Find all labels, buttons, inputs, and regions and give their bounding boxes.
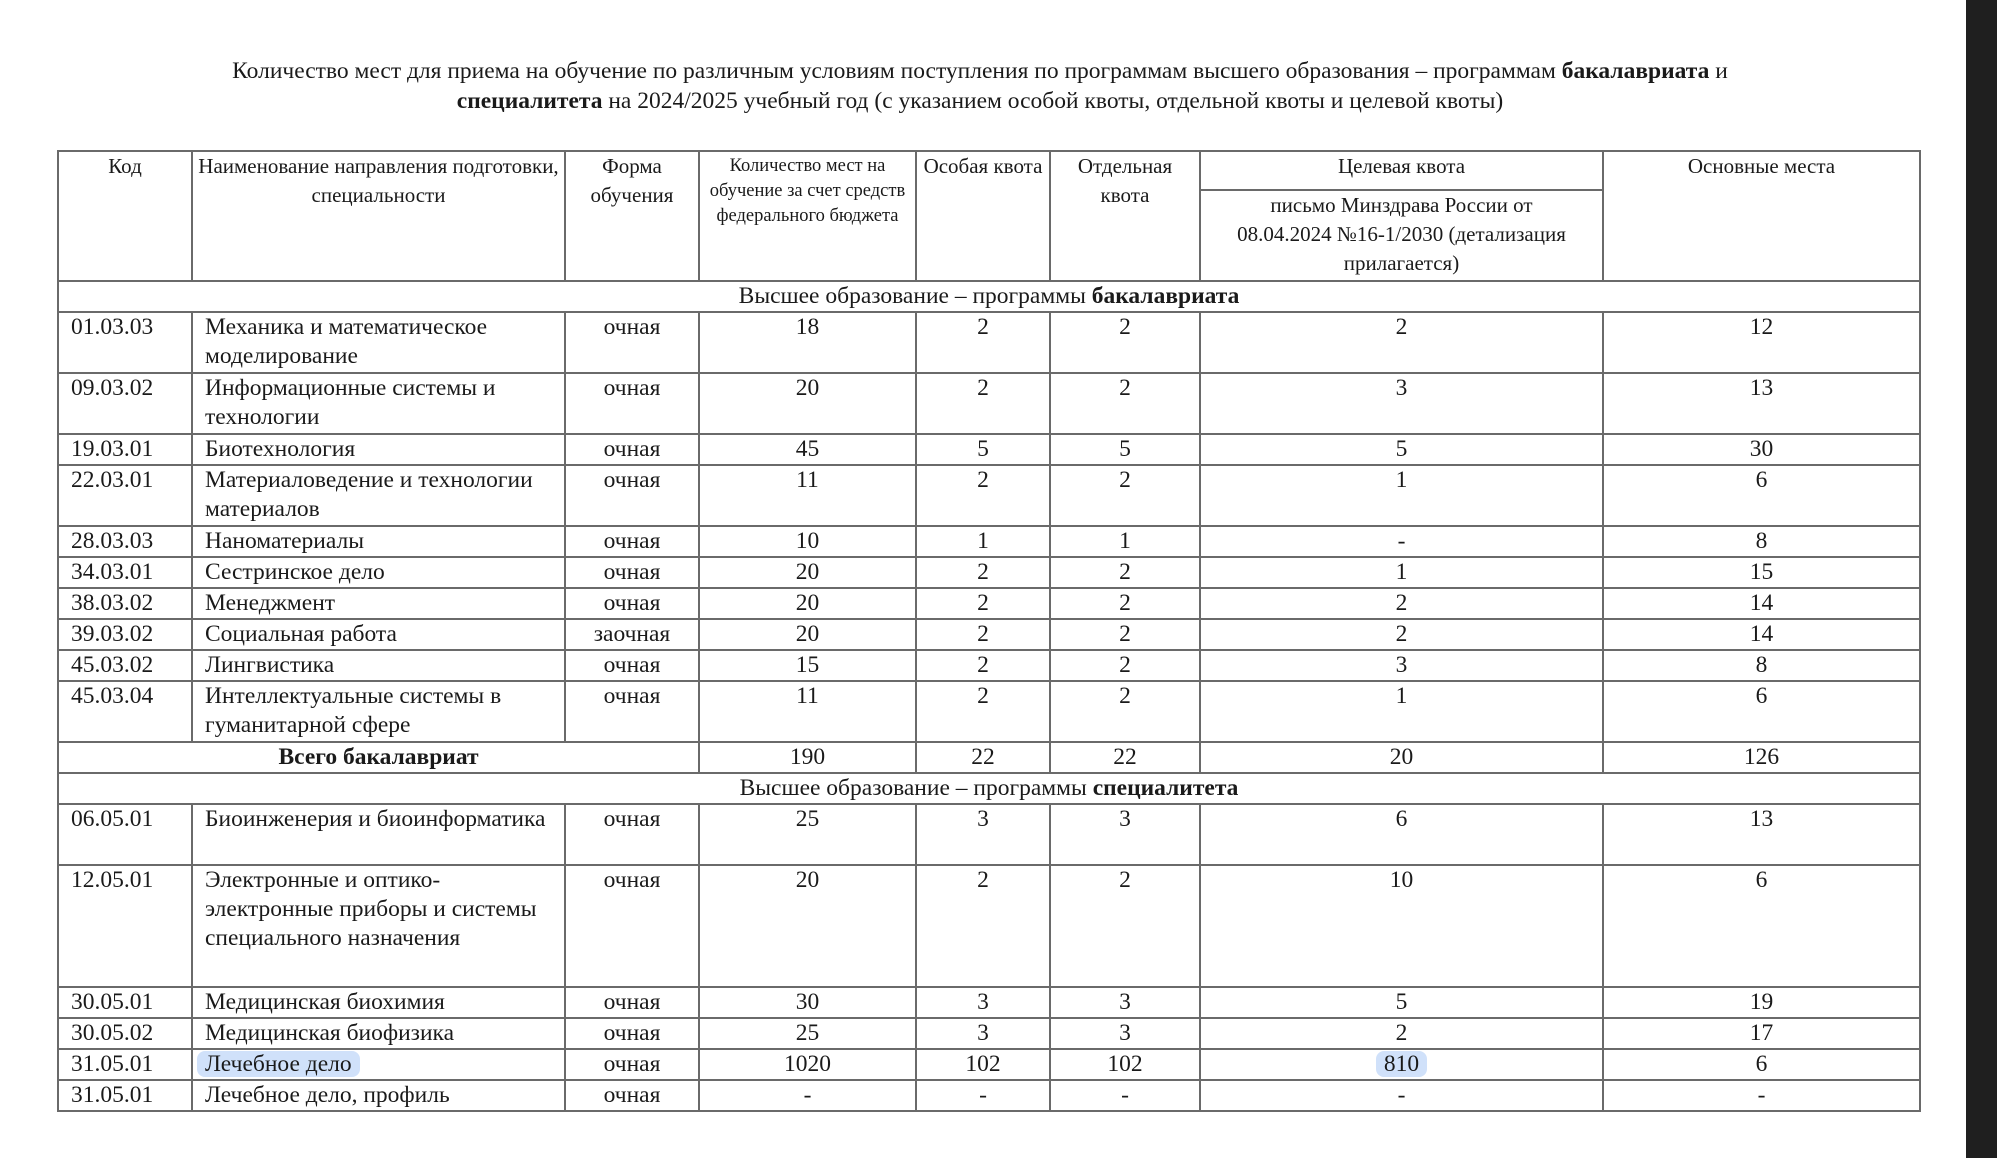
- cell-name-text: Информационные системы и технологии: [205, 375, 495, 430]
- cell-budget-text: 11: [796, 467, 819, 493]
- cell-code: 31.05.01: [58, 1080, 192, 1111]
- cell-main-places: 6: [1603, 465, 1920, 526]
- cell-budget: 20: [699, 557, 916, 588]
- cell-code: 28.03.03: [58, 526, 192, 557]
- cell-special-quota: 2: [916, 373, 1050, 434]
- cell-form: очная: [565, 865, 699, 987]
- cell-budget-text: 45: [796, 436, 820, 462]
- cell-separate-quota: 2: [1050, 588, 1200, 619]
- cell-form-text: очная: [604, 1082, 661, 1108]
- cell-main-places-text: 19: [1750, 989, 1774, 1015]
- cell-form-text: заочная: [594, 621, 671, 647]
- cell-special-quota-text: 2: [977, 867, 989, 893]
- cell-special-quota: 3: [916, 1018, 1050, 1049]
- cell-target-quota: 3: [1200, 650, 1603, 681]
- cell-separate-quota: 2: [1050, 865, 1200, 987]
- cell-target-quota-text: -: [1398, 528, 1406, 554]
- cell-target-quota-text: 1: [1396, 467, 1408, 493]
- cell-form-text: очная: [604, 806, 661, 832]
- total-label: Всего бакалавриат: [58, 742, 699, 773]
- cell-form-text: очная: [604, 590, 661, 616]
- cell-target-quota-text: 5: [1396, 989, 1408, 1015]
- cell-target-quota: -: [1200, 526, 1603, 557]
- cell-special-quota: 1: [916, 526, 1050, 557]
- cell-main-places-text: 6: [1756, 1051, 1768, 1077]
- cell-special-quota-text: 2: [977, 621, 989, 647]
- cell-name-text: Интеллектуальные системы в гуманитарной …: [205, 683, 501, 738]
- cell-budget: 20: [699, 619, 916, 650]
- cell-budget-text: 20: [796, 621, 820, 647]
- cell-separate-quota-text: 2: [1119, 314, 1131, 340]
- cell-code: 34.03.01: [58, 557, 192, 588]
- cell-special-quota-text: 2: [977, 314, 989, 340]
- cell-budget-text: 11: [796, 683, 819, 709]
- cell-target-quota-text: 6: [1396, 806, 1408, 832]
- total-value: 190: [790, 744, 825, 770]
- cell-form-text: очная: [604, 683, 661, 709]
- cell-main-places: 8: [1603, 526, 1920, 557]
- cell-budget: 15: [699, 650, 916, 681]
- cell-name: Наноматериалы: [192, 526, 565, 557]
- header-target-quota: Целевая квота: [1200, 151, 1603, 190]
- cell-code: 45.03.02: [58, 650, 192, 681]
- title-text: Количество мест для приема на обучение п…: [232, 58, 1562, 84]
- cell-separate-quota-text: 2: [1119, 590, 1131, 616]
- cell-target-quota-text: 5: [1396, 436, 1408, 462]
- cell-special-quota: 5: [916, 434, 1050, 465]
- cell-form: очная: [565, 804, 699, 865]
- header-special-quota: Особая квота: [916, 151, 1050, 281]
- cell-name: Менеджмент: [192, 588, 565, 619]
- cell-code: 19.03.01: [58, 434, 192, 465]
- cell-code-text: 30.05.02: [71, 1020, 153, 1046]
- cell-separate-quota-text: 3: [1119, 989, 1131, 1015]
- cell-code-text: 45.03.02: [71, 652, 153, 678]
- total-label-text: Всего бакалавриат: [278, 744, 478, 770]
- cell-main-places-text: 30: [1750, 436, 1774, 462]
- cell-form: заочная: [565, 619, 699, 650]
- table-row: 34.03.01Сестринское делоочная2022115: [58, 557, 1920, 588]
- table-row: 38.03.02Менеджменточная2022214: [58, 588, 1920, 619]
- cell-special-quota: -: [916, 1080, 1050, 1111]
- cell-form: очная: [565, 987, 699, 1018]
- cell-special-quota-text: 3: [977, 989, 989, 1015]
- cell-form: очная: [565, 588, 699, 619]
- cell-budget-text: 20: [796, 590, 820, 616]
- cell-main-places-text: 13: [1750, 806, 1774, 832]
- header-separate-quota: Отдельная квота: [1050, 151, 1200, 281]
- cell-code-text: 28.03.03: [71, 528, 153, 554]
- cell-separate-quota-text: 2: [1119, 683, 1131, 709]
- header-row: Код Наименование направления подготовки,…: [58, 151, 1920, 190]
- cell-main-places: -: [1603, 1080, 1920, 1111]
- title-text: на 2024/2025 учебный год (с указанием ос…: [602, 88, 1503, 114]
- cell-code: 30.05.02: [58, 1018, 192, 1049]
- cell-main-places: 12: [1603, 312, 1920, 373]
- cell-separate-quota: 3: [1050, 1018, 1200, 1049]
- cell-target-quota: 5: [1200, 987, 1603, 1018]
- total-row: Всего бакалавриат190222220126: [58, 742, 1920, 773]
- cell-target-quota: 5: [1200, 434, 1603, 465]
- cell-main-places: 14: [1603, 619, 1920, 650]
- window-edge: [1966, 0, 1997, 1158]
- cell-budget: 30: [699, 987, 916, 1018]
- cell-main-places-text: 15: [1750, 559, 1774, 585]
- cell-special-quota: 3: [916, 804, 1050, 865]
- cell-code: 45.03.04: [58, 681, 192, 742]
- cell-special-quota-text: 2: [977, 652, 989, 678]
- cell-form-text: очная: [604, 467, 661, 493]
- cell-form: очная: [565, 557, 699, 588]
- cell-main-places: 6: [1603, 1049, 1920, 1080]
- cell-separate-quota-text: 2: [1119, 867, 1131, 893]
- cell-special-quota-text: 2: [977, 590, 989, 616]
- section-label-text: Высшее образование – программы: [740, 775, 1093, 801]
- title-text: и: [1709, 58, 1727, 84]
- cell-separate-quota-text: 1: [1119, 528, 1131, 554]
- cell-name: Медицинская биохимия: [192, 987, 565, 1018]
- table-row: 19.03.01Биотехнологияочная4555530: [58, 434, 1920, 465]
- cell-form: очная: [565, 373, 699, 434]
- cell-special-quota-text: -: [979, 1082, 987, 1108]
- cell-budget-text: 25: [796, 1020, 820, 1046]
- cell-form: очная: [565, 434, 699, 465]
- cell-code-text: 30.05.01: [71, 989, 153, 1015]
- cell-target-quota: 1: [1200, 681, 1603, 742]
- cell-target-quota-text: 1: [1396, 559, 1408, 585]
- cell-code-text: 38.03.02: [71, 590, 153, 616]
- cell-code-text: 09.03.02: [71, 375, 153, 401]
- cell-budget: 18: [699, 312, 916, 373]
- cell-form-text: очная: [604, 436, 661, 462]
- cell-name: Социальная работа: [192, 619, 565, 650]
- cell-target-quota: 2: [1200, 588, 1603, 619]
- cell-form-text: очная: [604, 314, 661, 340]
- cell-target-quota-text: 2: [1396, 621, 1408, 647]
- cell-name: Электронные и оптико-электронные приборы…: [192, 865, 565, 987]
- cell-name: Медицинская биофизика: [192, 1018, 565, 1049]
- cell-code-text: 31.05.01: [71, 1051, 153, 1077]
- cell-target-quota-text: -: [1398, 1082, 1406, 1108]
- cell-target-quota: 2: [1200, 312, 1603, 373]
- cell-main-places: 13: [1603, 373, 1920, 434]
- cell-special-quota-text: 1: [977, 528, 989, 554]
- cell-code: 01.03.03: [58, 312, 192, 373]
- cell-code: 22.03.01: [58, 465, 192, 526]
- header-name: Наименование направления подготовки, спе…: [192, 151, 565, 281]
- cell-separate-quota: 3: [1050, 987, 1200, 1018]
- cell-budget: 20: [699, 373, 916, 434]
- cell-main-places-text: 13: [1750, 375, 1774, 401]
- cell-code-text: 31.05.01: [71, 1082, 153, 1108]
- cell-target-quota-text: 1: [1396, 683, 1408, 709]
- cell-separate-quota: 2: [1050, 312, 1200, 373]
- cell-special-quota: 2: [916, 650, 1050, 681]
- cell-separate-quota-text: 2: [1119, 467, 1131, 493]
- cell-form: очная: [565, 526, 699, 557]
- cell-name-text: Медицинская биохимия: [205, 989, 445, 1015]
- table-row: 06.05.01Биоинженерия и биоинформатикаочн…: [58, 804, 1920, 865]
- cell-name: Сестринское дело: [192, 557, 565, 588]
- table-row: 31.05.01Лечебное делоочная10201021028106: [58, 1049, 1920, 1080]
- cell-name-text: Медицинская биофизика: [205, 1020, 454, 1046]
- cell-form: очная: [565, 1049, 699, 1080]
- cell-form-text: очная: [604, 559, 661, 585]
- document-title: Количество мест для приема на обучение п…: [100, 56, 1860, 116]
- cell-target-quota: 1: [1200, 557, 1603, 588]
- cell-main-places-text: 8: [1756, 652, 1768, 678]
- cell-form: очная: [565, 312, 699, 373]
- cell-form-text: очная: [604, 989, 661, 1015]
- cell-name-text: Менеджмент: [205, 590, 335, 616]
- cell-name-text: Материаловедение и технологии материалов: [205, 467, 533, 522]
- cell-budget-text: 15: [796, 652, 820, 678]
- cell-special-quota-text: 3: [977, 1020, 989, 1046]
- cell-separate-quota-text: 2: [1119, 621, 1131, 647]
- cell-separate-quota: -: [1050, 1080, 1200, 1111]
- cell-target-quota: 2: [1200, 619, 1603, 650]
- cell-target-quota: 2: [1200, 1018, 1603, 1049]
- cell-main-places: 13: [1603, 804, 1920, 865]
- cell-main-places-text: 8: [1756, 528, 1768, 554]
- cell-special-quota-text: 2: [977, 559, 989, 585]
- cell-special-quota: 2: [916, 312, 1050, 373]
- cell-code-text: 34.03.01: [71, 559, 153, 585]
- title-bold-bachelor: бакалавриата: [1562, 58, 1710, 84]
- cell-code: 12.05.01: [58, 865, 192, 987]
- table-row: 31.05.01Лечебное дело, профильочная-----: [58, 1080, 1920, 1111]
- cell-form: очная: [565, 1018, 699, 1049]
- cell-name: Лечебное дело, профиль: [192, 1080, 565, 1111]
- cell-special-quota-text: 2: [977, 683, 989, 709]
- cell-form: очная: [565, 681, 699, 742]
- header-main-places: Основные места: [1603, 151, 1920, 281]
- cell-budget-text: 20: [796, 375, 820, 401]
- cell-form: очная: [565, 1080, 699, 1111]
- cell-code-text: 22.03.01: [71, 467, 153, 493]
- total-value: 22: [1113, 744, 1137, 770]
- cell-main-places: 8: [1603, 650, 1920, 681]
- table-row: 45.03.04Интеллектуальные системы в гуман…: [58, 681, 1920, 742]
- cell-special-quota-text: 2: [977, 375, 989, 401]
- cell-name: Лечебное дело: [192, 1049, 565, 1080]
- cell-form-text: очная: [604, 375, 661, 401]
- total-main: 126: [1603, 742, 1920, 773]
- cell-code: 30.05.01: [58, 987, 192, 1018]
- cell-budget: 10: [699, 526, 916, 557]
- cell-target-quota-text: 10: [1390, 867, 1414, 893]
- cell-budget: 11: [699, 681, 916, 742]
- cell-budget-text: -: [804, 1082, 812, 1108]
- table-row: 01.03.03Механика и математическое модели…: [58, 312, 1920, 373]
- cell-name: Интеллектуальные системы в гуманитарной …: [192, 681, 565, 742]
- cell-code-text: 39.03.02: [71, 621, 153, 647]
- cell-code-text: 19.03.01: [71, 436, 153, 462]
- table-row: 39.03.02Социальная работазаочная2022214: [58, 619, 1920, 650]
- cell-special-quota-text: 2: [977, 467, 989, 493]
- cell-target-quota: -: [1200, 1080, 1603, 1111]
- cell-code-text: 06.05.01: [71, 806, 153, 832]
- cell-main-places: 15: [1603, 557, 1920, 588]
- section-label-bold: специалитета: [1093, 775, 1239, 801]
- section-label-bold: бакалавриата: [1092, 283, 1240, 309]
- cell-target-quota: 1: [1200, 465, 1603, 526]
- cell-separate-quota: 1: [1050, 526, 1200, 557]
- cell-name: Биотехнология: [192, 434, 565, 465]
- cell-separate-quota-text: 102: [1107, 1051, 1142, 1077]
- cell-budget: 45: [699, 434, 916, 465]
- cell-budget: 25: [699, 1018, 916, 1049]
- cell-name: Материаловедение и технологии материалов: [192, 465, 565, 526]
- cell-budget-text: 10: [796, 528, 820, 554]
- cell-special-quota: 3: [916, 987, 1050, 1018]
- cell-main-places-text: -: [1758, 1082, 1766, 1108]
- cell-code: 06.05.01: [58, 804, 192, 865]
- cell-target-quota-text: 2: [1396, 590, 1408, 616]
- cell-special-quota: 2: [916, 619, 1050, 650]
- table-row: 22.03.01Материаловедение и технологии ма…: [58, 465, 1920, 526]
- section-label-text: Высшее образование – программы: [739, 283, 1092, 309]
- cell-code: 39.03.02: [58, 619, 192, 650]
- cell-main-places-text: 14: [1750, 590, 1774, 616]
- cell-target-quota: 6: [1200, 804, 1603, 865]
- cell-main-places-text: 6: [1756, 467, 1768, 493]
- cell-separate-quota-text: 2: [1119, 559, 1131, 585]
- cell-budget: 20: [699, 865, 916, 987]
- cell-special-quota: 102: [916, 1049, 1050, 1080]
- cell-main-places-text: 6: [1756, 867, 1768, 893]
- cell-budget-text: 20: [796, 867, 820, 893]
- total-special: 22: [916, 742, 1050, 773]
- table-row: 09.03.02Информационные системы и техноло…: [58, 373, 1920, 434]
- cell-budget: 1020: [699, 1049, 916, 1080]
- cell-code-text: 45.03.04: [71, 683, 153, 709]
- cell-separate-quota: 2: [1050, 465, 1200, 526]
- cell-name: Механика и математическое моделирование: [192, 312, 565, 373]
- cell-code: 38.03.02: [58, 588, 192, 619]
- cell-separate-quota-text: 2: [1119, 375, 1131, 401]
- cell-name: Биоинженерия и биоинформатика: [192, 804, 565, 865]
- table-row: 30.05.01Медицинская биохимияочная3033519: [58, 987, 1920, 1018]
- cell-name: Информационные системы и технологии: [192, 373, 565, 434]
- cell-name-text: Лингвистика: [205, 652, 334, 678]
- cell-target-quota-text: 2: [1396, 1020, 1408, 1046]
- cell-separate-quota: 5: [1050, 434, 1200, 465]
- cell-main-places-text: 12: [1750, 314, 1774, 340]
- total-target: 20: [1200, 742, 1603, 773]
- cell-separate-quota: 2: [1050, 373, 1200, 434]
- cell-separate-quota: 2: [1050, 681, 1200, 742]
- cell-main-places-text: 14: [1750, 621, 1774, 647]
- cell-separate-quota-text: 5: [1119, 436, 1131, 462]
- cell-target-quota: 10: [1200, 865, 1603, 987]
- cell-form-text: очная: [604, 1051, 661, 1077]
- header-budget: Количество мест на обучение за счет сред…: [699, 151, 916, 281]
- cell-separate-quota: 3: [1050, 804, 1200, 865]
- cell-form: очная: [565, 650, 699, 681]
- cell-main-places: 14: [1603, 588, 1920, 619]
- header-form: Форма обучения: [565, 151, 699, 281]
- cell-budget-text: 25: [796, 806, 820, 832]
- cell-code: 31.05.01: [58, 1049, 192, 1080]
- cell-budget: -: [699, 1080, 916, 1111]
- table-row: 45.03.02Лингвистикаочная152238: [58, 650, 1920, 681]
- cell-main-places-text: 6: [1756, 683, 1768, 709]
- total-budget: 190: [699, 742, 916, 773]
- cell-code-text: 01.03.03: [71, 314, 153, 340]
- total-separate: 22: [1050, 742, 1200, 773]
- cell-main-places-text: 17: [1750, 1020, 1774, 1046]
- title-bold-specialist: специалитета: [457, 88, 603, 114]
- cell-name: Лингвистика: [192, 650, 565, 681]
- cell-special-quota-text: 5: [977, 436, 989, 462]
- cell-target-quota-text: 3: [1396, 375, 1408, 401]
- cell-main-places: 6: [1603, 681, 1920, 742]
- cell-form: очная: [565, 465, 699, 526]
- cell-separate-quota: 2: [1050, 557, 1200, 588]
- cell-form-text: очная: [604, 867, 661, 893]
- cell-separate-quota-text: 3: [1119, 1020, 1131, 1046]
- cell-separate-quota-text: 3: [1119, 806, 1131, 832]
- cell-special-quota: 2: [916, 681, 1050, 742]
- cell-separate-quota: 2: [1050, 650, 1200, 681]
- admission-quota-table: Код Наименование направления подготовки,…: [57, 150, 1921, 1112]
- cell-name-text: Биотехнология: [205, 436, 355, 462]
- cell-name-text: Наноматериалы: [205, 528, 364, 554]
- cell-budget: 25: [699, 804, 916, 865]
- cell-budget: 20: [699, 588, 916, 619]
- section-header-row: Высшее образование – программы бакалаври…: [58, 281, 1920, 312]
- cell-special-quota-text: 102: [965, 1051, 1000, 1077]
- header-target-quota-source: письмо Минздрава России от 08.04.2024 №1…: [1200, 190, 1603, 281]
- total-value: 20: [1390, 744, 1414, 770]
- cell-main-places: 19: [1603, 987, 1920, 1018]
- cell-separate-quota-text: -: [1121, 1082, 1129, 1108]
- cell-name-text: Электронные и оптико-электронные приборы…: [205, 867, 537, 951]
- header-code: Код: [58, 151, 192, 281]
- cell-main-places: 6: [1603, 865, 1920, 987]
- section-header-row: Высшее образование – программы специалит…: [58, 773, 1920, 804]
- cell-name-text: Социальная работа: [205, 621, 397, 647]
- highlighted-text: 810: [1376, 1051, 1427, 1077]
- cell-budget-text: 20: [796, 559, 820, 585]
- section-label: Высшее образование – программы специалит…: [58, 773, 1920, 804]
- cell-code: 09.03.02: [58, 373, 192, 434]
- cell-separate-quota: 2: [1050, 619, 1200, 650]
- cell-target-quota-text: 2: [1396, 314, 1408, 340]
- cell-budget-text: 18: [796, 314, 820, 340]
- cell-code-text: 12.05.01: [71, 867, 153, 893]
- total-value: 22: [971, 744, 995, 770]
- cell-main-places: 17: [1603, 1018, 1920, 1049]
- table-row: 30.05.02Медицинская биофизикаочная253321…: [58, 1018, 1920, 1049]
- cell-target-quota: 3: [1200, 373, 1603, 434]
- cell-special-quota: 2: [916, 588, 1050, 619]
- cell-form-text: очная: [604, 528, 661, 554]
- highlighted-text: Лечебное дело: [197, 1051, 360, 1077]
- cell-main-places: 30: [1603, 434, 1920, 465]
- cell-budget-text: 1020: [784, 1051, 831, 1077]
- cell-special-quota: 2: [916, 465, 1050, 526]
- cell-budget: 11: [699, 465, 916, 526]
- cell-special-quota: 2: [916, 865, 1050, 987]
- cell-form-text: очная: [604, 1020, 661, 1046]
- cell-name-text: Лечебное дело, профиль: [205, 1082, 450, 1108]
- section-label: Высшее образование – программы бакалаври…: [58, 281, 1920, 312]
- cell-special-quota: 2: [916, 557, 1050, 588]
- table-row: 28.03.03Наноматериалыочная1011-8: [58, 526, 1920, 557]
- cell-separate-quota-text: 2: [1119, 652, 1131, 678]
